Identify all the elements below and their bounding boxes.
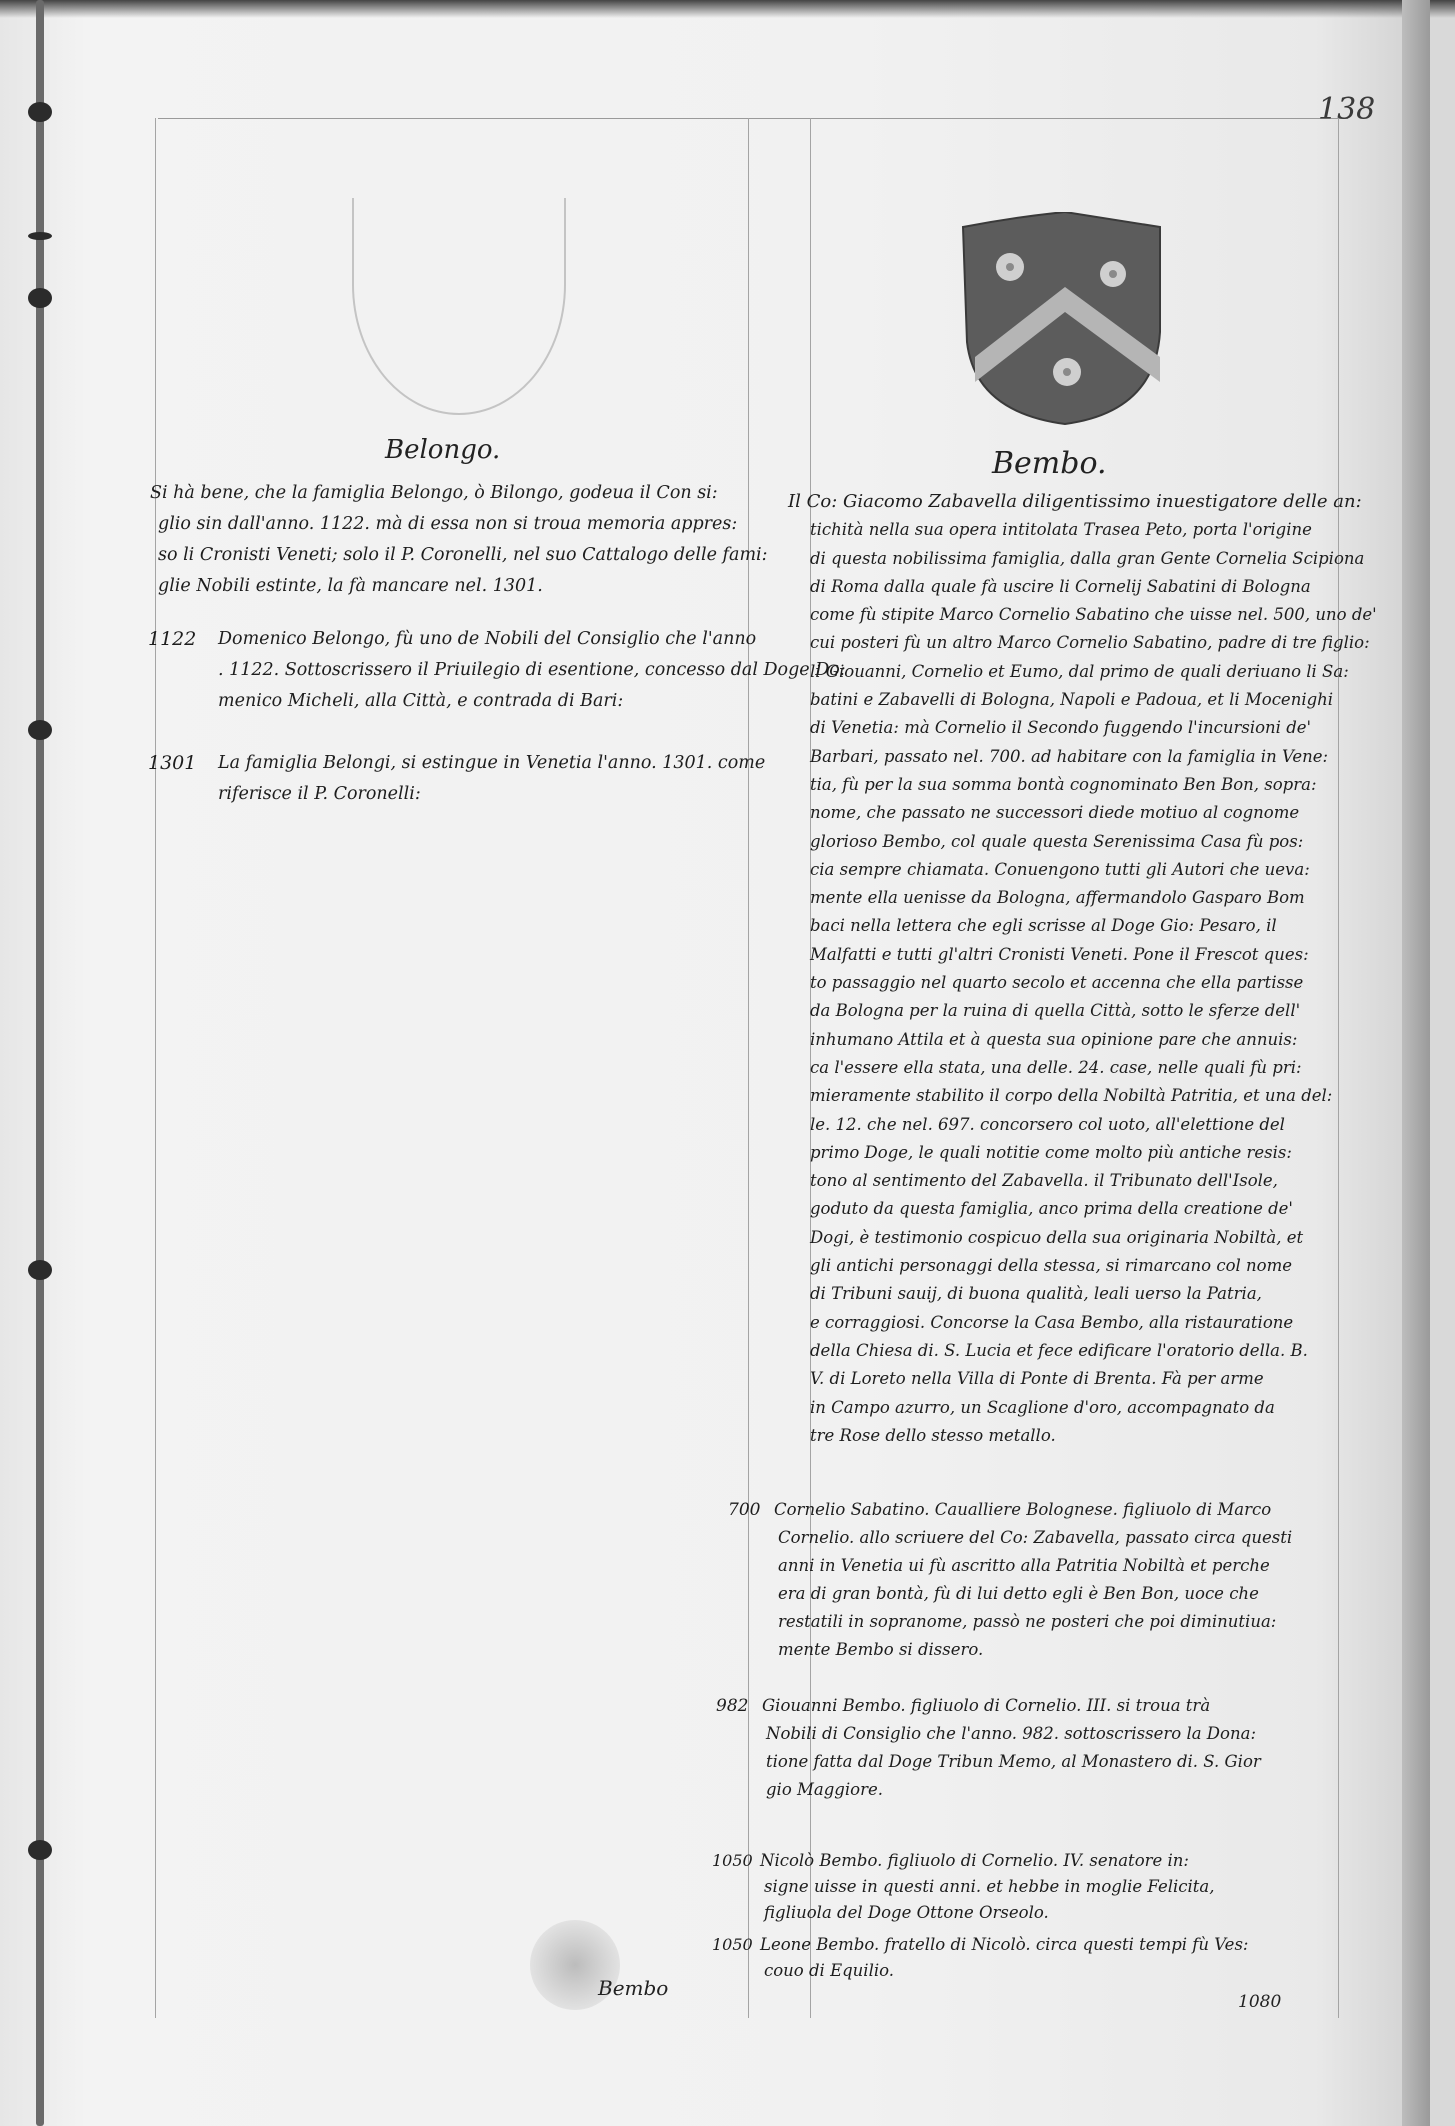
text-line: tione fatta dal Doge Tribun Memo, al Mon…	[762, 1748, 1261, 1776]
text-line: di questa nobilissima famiglia, dalla gr…	[788, 545, 1377, 573]
text-line: di Venetia: mà Cornelio il Secondo fugge…	[788, 714, 1377, 742]
text-line: tre Rose dello stesso metallo.	[788, 1422, 1377, 1450]
text-line: Cornelio Sabatino. Caualliere Bolognese.…	[774, 1496, 1292, 1524]
text-line: Barbari, passato nel. 700. ad habitare c…	[788, 743, 1377, 771]
text-line: gli antichi personaggi della stessa, si …	[788, 1252, 1377, 1280]
text-line: da Bologna per la ruina di quella Città,…	[788, 997, 1377, 1025]
text-line: anni in Venetia ui fù ascritto alla Patr…	[774, 1552, 1292, 1580]
coat-of-arms-bembo-icon	[955, 212, 1165, 427]
text-line: couo di Equilio.	[760, 1958, 1248, 1984]
text-line: e corraggiosi. Concorse la Casa Bembo, a…	[788, 1309, 1377, 1337]
text-line: ca l'essere ella stata, una delle. 24. c…	[788, 1054, 1377, 1082]
page-edge	[1402, 0, 1430, 2126]
belongo-intro: Si hà bene, che la famiglia Belongo, ò B…	[150, 478, 768, 602]
text-line: batini e Zabavelli di Bologna, Napoli e …	[788, 686, 1377, 714]
entry-year: 982	[716, 1692, 748, 1720]
text-line: Il Co: Giacomo Zabavella diligentissimo …	[788, 488, 1377, 516]
ruled-top-line	[158, 118, 1348, 119]
text-line: glie Nobili estinte, la fà mancare nel. …	[150, 571, 768, 602]
text-line: Cornelio. allo scriuere del Co: Zabavell…	[774, 1524, 1292, 1552]
bembo-intro: Il Co: Giacomo Zabavella diligentissimo …	[788, 488, 1377, 1450]
text-line: V. di Loreto nella Villa di Ponte di Bre…	[788, 1365, 1377, 1393]
text-line: come fù stipite Marco Cornelio Sabatino …	[788, 601, 1377, 629]
text-line: goduto da questa famiglia, anco prima de…	[788, 1195, 1377, 1223]
text-line: nome, che passato ne successori diede mo…	[788, 799, 1377, 827]
binding-stitch	[28, 1840, 52, 1860]
entry-year: 1301	[148, 748, 196, 779]
text-line: in Campo azurro, un Scaglione d'oro, acc…	[788, 1394, 1377, 1422]
binding-stitch	[28, 288, 52, 308]
text-line: di Roma dalla quale fà uscire li Corneli…	[788, 573, 1377, 601]
text-line: Si hà bene, che la famiglia Belongo, ò B…	[150, 478, 768, 509]
manuscript-page: 138 Belongo. Si hà bene, che la famiglia…	[0, 0, 1430, 2126]
empty-shield-outline-icon	[352, 198, 566, 415]
text-line: signe uisse in questi anni. et hebbe in …	[760, 1874, 1215, 1900]
text-line: di Tribuni sauij, di buona qualità, leal…	[788, 1280, 1377, 1308]
text-line: glorioso Bembo, col quale questa Serenis…	[788, 828, 1377, 856]
text-line: menico Micheli, alla Città, e contrada d…	[218, 686, 846, 717]
text-line: glio sin dall'anno. 1122. mà di essa non…	[150, 509, 768, 540]
text-line: primo Doge, le quali notitie come molto …	[788, 1139, 1377, 1167]
text-line: so li Cronisti Veneti; solo il P. Corone…	[150, 540, 768, 571]
text-line: mente Bembo si dissero.	[774, 1636, 1292, 1664]
family-heading-belongo: Belongo.	[385, 435, 500, 465]
entry-year: 1050	[712, 1848, 753, 1874]
text-line: tono al sentimento del Zabavella. il Tri…	[788, 1167, 1377, 1195]
entry-year: 700	[728, 1496, 760, 1524]
text-line: mente ella uenisse da Bologna, affermand…	[788, 884, 1377, 912]
text-line: Leone Bembo. fratello di Nicolò. circa q…	[760, 1932, 1248, 1958]
text-line: restatili in sopranome, passò ne posteri…	[774, 1608, 1292, 1636]
text-line: riferisce il P. Coronelli:	[218, 779, 765, 810]
text-line: mieramente stabilito il corpo della Nobi…	[788, 1082, 1377, 1110]
entry-year: 1050	[712, 1932, 753, 1958]
text-line: li Giouanni, Cornelio et Eumo, dal primo…	[788, 658, 1377, 686]
folio-number: 138	[1318, 92, 1375, 127]
text-line: baci nella lettera che egli scrisse al D…	[788, 912, 1377, 940]
ruled-column-divider	[748, 118, 749, 2018]
text-line: della Chiesa di. S. Lucia et fece edific…	[788, 1337, 1377, 1365]
family-heading-bembo: Bembo.	[992, 446, 1107, 481]
text-line: tia, fù per la sua somma bontà cognomina…	[788, 771, 1377, 799]
text-line: La famiglia Belongi, si estingue in Vene…	[218, 748, 765, 779]
ruled-margin-left	[155, 118, 156, 2018]
binding-stitch	[28, 720, 52, 740]
text-line: Malfatti e tutti gl'altri Cronisti Venet…	[788, 941, 1377, 969]
catchword-right: 1080	[1238, 1992, 1281, 2012]
text-line: to passaggio nel quarto secolo et accenn…	[788, 969, 1377, 997]
text-line: cia sempre chiamata. Conuengono tutti gl…	[788, 856, 1377, 884]
binding-thread	[36, 0, 44, 2126]
binding-stitch	[28, 232, 52, 240]
catchword-left: Bembo	[598, 1976, 668, 2000]
text-line: Nobili di Consiglio che l'anno. 982. sot…	[762, 1720, 1261, 1748]
text-line: le. 12. che nel. 697. concorsero col uot…	[788, 1111, 1377, 1139]
text-line: inhumano Attila et à questa sua opinione…	[788, 1026, 1377, 1054]
text-line: Giouanni Bembo. figliuolo di Cornelio. I…	[762, 1692, 1261, 1720]
text-line: figliuola del Doge Ottone Orseolo.	[760, 1900, 1215, 1926]
text-line: gio Maggiore.	[762, 1776, 1261, 1804]
text-line: Nicolò Bembo. figliuolo di Cornelio. IV.…	[760, 1848, 1215, 1874]
text-line: . 1122. Sottoscrissero il Priuilegio di …	[218, 655, 846, 686]
binding-stitch	[28, 102, 52, 122]
text-line: tichità nella sua opera intitolata Trase…	[788, 516, 1377, 544]
entry-year: 1122	[148, 624, 196, 655]
text-line: era di gran bontà, fù di lui detto egli …	[774, 1580, 1292, 1608]
text-line: Domenico Belongo, fù uno de Nobili del C…	[218, 624, 846, 655]
top-shadow	[0, 0, 1455, 18]
binding-stitch	[28, 1260, 52, 1280]
text-line: Dogi, è testimonio cospicuo della sua or…	[788, 1224, 1377, 1252]
text-line: cui posteri fù un altro Marco Cornelio S…	[788, 629, 1377, 657]
